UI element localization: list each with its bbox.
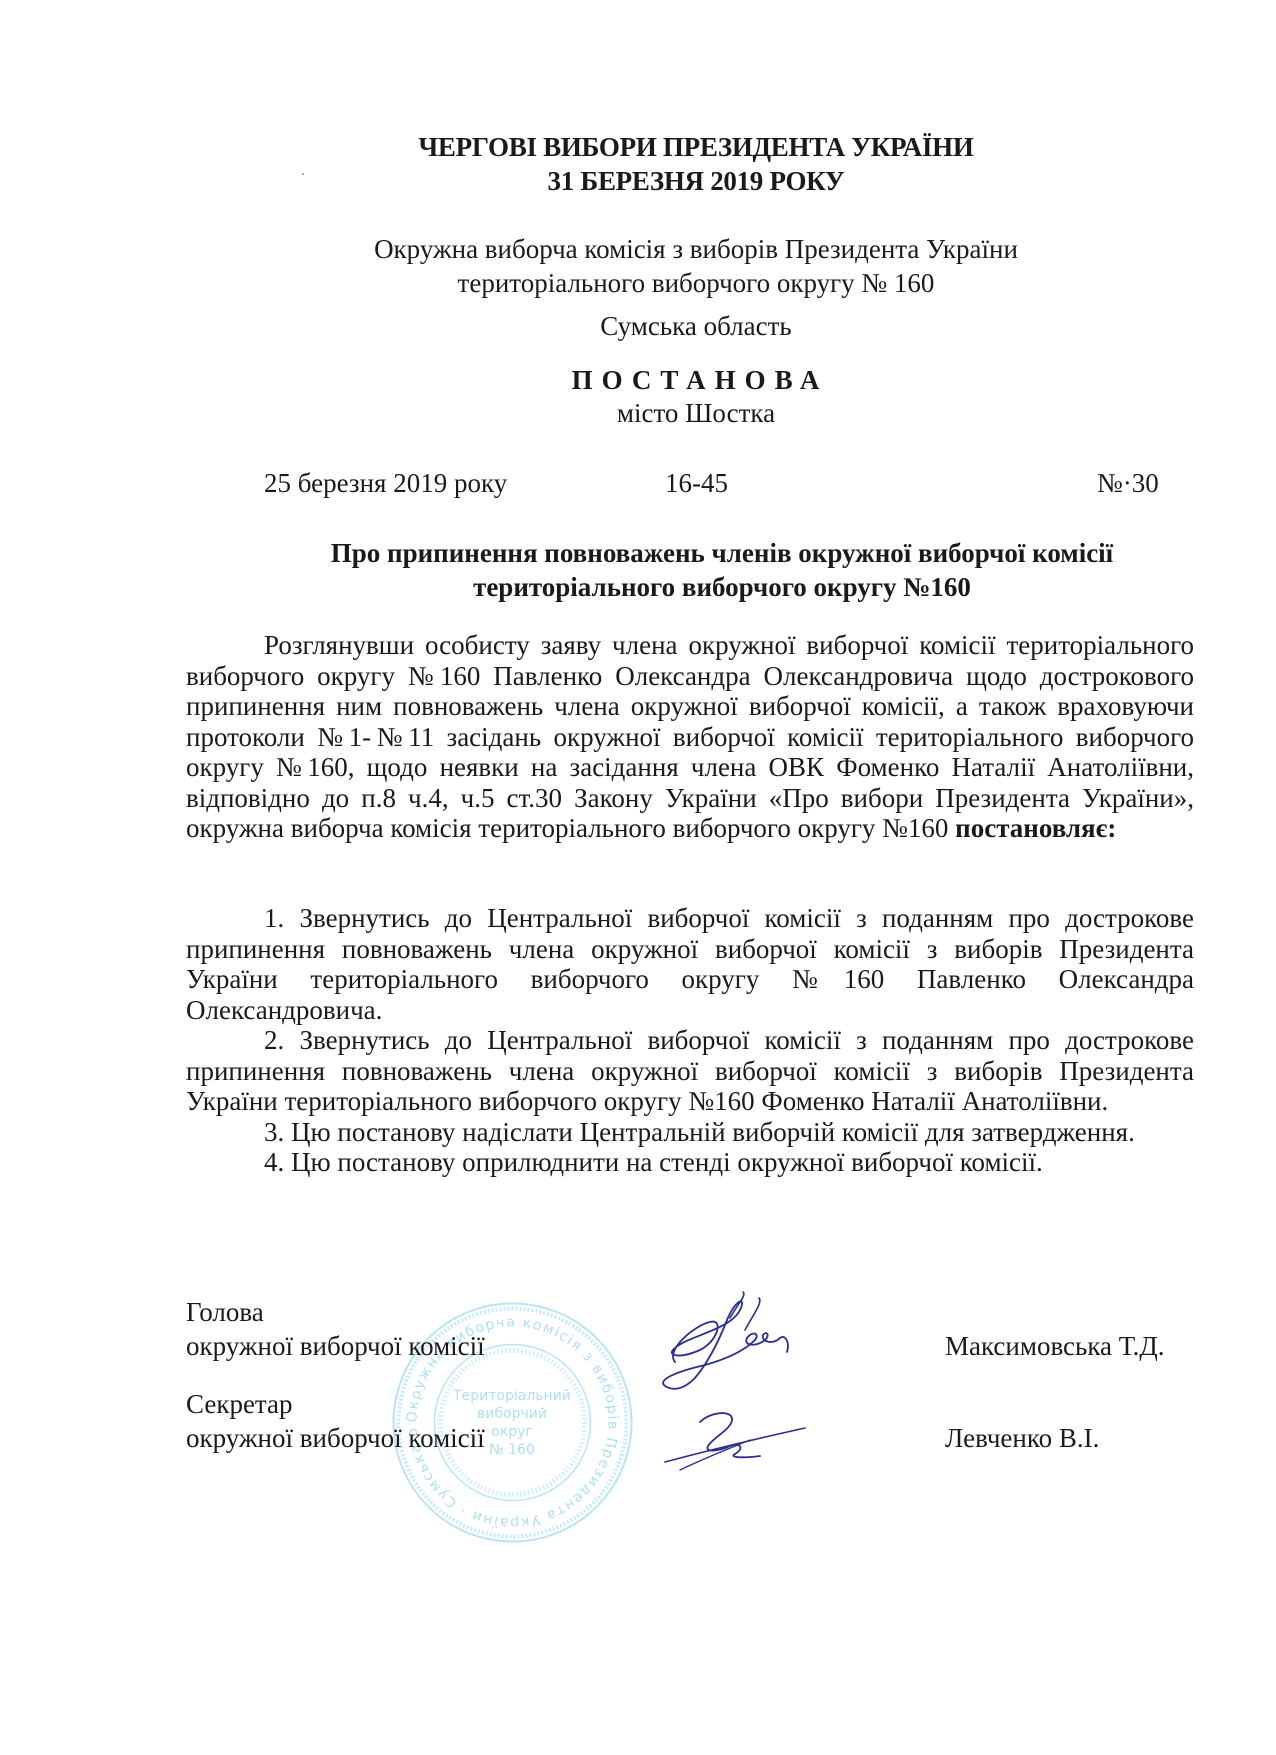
- resolution-item-2: 2. Звернутись до Центральної виборчої ко…: [186, 1025, 1194, 1117]
- resolves-keyword: постановляє:: [955, 813, 1116, 843]
- document-subject: Про припинення повноважень членів окружн…: [84, 536, 1276, 604]
- stamp-center-line3: округ: [491, 1424, 533, 1440]
- commission-name-line1: Окружна виборча комісія з виборів Презид…: [58, 232, 1276, 266]
- scan-speck: [302, 173, 304, 175]
- stamp-center-line2: виборчий: [477, 1406, 547, 1422]
- chair-title: Голова окружної виборчої комісії: [186, 1295, 485, 1363]
- secretary-signature-icon: [650, 1400, 810, 1475]
- subject-line1: Про припинення повноважень членів окружн…: [84, 536, 1276, 570]
- document-type: ПОСТАНОВА: [62, 365, 1276, 396]
- chair-signature-icon: [635, 1290, 805, 1400]
- resolution-item-4: 4. Цю постанову оприлюднити на стенді ок…: [186, 1147, 1194, 1178]
- resolution-item-3: 3. Цю постанову надіслати Центральній ви…: [186, 1117, 1194, 1148]
- election-title-line2: 31 БЕРЕЗНЯ 2019 РОКУ: [58, 164, 1276, 198]
- region: Сумська область: [58, 311, 1276, 342]
- preamble-paragraph: Розглянувши особисту заяву члена окружно…: [186, 630, 1194, 844]
- document-date: 25 березня 2019 року: [264, 468, 507, 499]
- chair-title-line2: окружної виборчої комісії: [186, 1329, 485, 1363]
- commission-name: Окружна виборча комісія з виборів Презид…: [58, 232, 1276, 300]
- secretary-title-line1: Секретар: [186, 1387, 485, 1421]
- secretary-title: Секретар окружної виборчої комісії: [186, 1387, 485, 1455]
- document-number: №·30: [1097, 468, 1159, 499]
- subject-line2: територіального виборчого округу №160: [84, 570, 1276, 604]
- commission-name-line2: територіального виборчого округу № 160: [58, 266, 1276, 300]
- city: місто Шостка: [58, 398, 1276, 429]
- preamble-text: Розглянувши особисту заяву члена окружно…: [186, 630, 1194, 843]
- election-title: ЧЕРГОВІ ВИБОРИ ПРЕЗИДЕНТА УКРАЇНИ 31 БЕР…: [58, 130, 1276, 198]
- secretary-name: Левченко В.І.: [945, 1421, 1099, 1455]
- resolution-item-1: 1. Звернутись до Центральної виборчої ко…: [186, 903, 1194, 1025]
- preamble: Розглянувши особисту заяву члена окружно…: [186, 630, 1194, 844]
- chair-name: Максимовська Т.Д.: [945, 1329, 1165, 1363]
- election-title-line1: ЧЕРГОВІ ВИБОРИ ПРЕЗИДЕНТА УКРАЇНИ: [58, 130, 1276, 164]
- secretary-title-line2: окружної виборчої комісії: [186, 1421, 485, 1455]
- chair-title-line1: Голова: [186, 1295, 485, 1329]
- document-page: ЧЕРГОВІ ВИБОРИ ПРЕЗИДЕНТА УКРАЇНИ 31 БЕР…: [0, 0, 1276, 1755]
- stamp-center-line4: № 160: [489, 1442, 535, 1458]
- document-time: 16-45: [665, 468, 728, 499]
- resolution-items: 1. Звернутись до Центральної виборчої ко…: [186, 903, 1194, 1178]
